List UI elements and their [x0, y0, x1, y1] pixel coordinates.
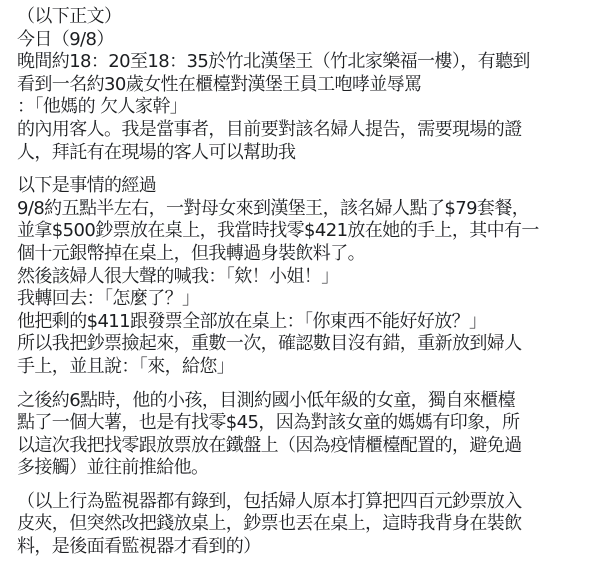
- text-line: 晚間約18：20至18：35於竹北漢堡王（竹北家樂福一樓），有聽到: [17, 51, 589, 74]
- text-line: （以下正文）: [17, 6, 589, 29]
- text-line: 點了一個大薯，也是有找零$45，因為對該女童的媽媽有印象，所: [17, 412, 589, 435]
- text-line: （以上行為監視器都有錄到，包括婦人原本打算把四百元鈔票放入: [17, 491, 589, 514]
- text-line: 多接觸）並往前推給他。: [17, 457, 589, 480]
- paragraph-intro: （以下正文） 今日（9/8） 晚間約18：20至18：35於竹北漢堡王（竹北家樂…: [17, 6, 589, 164]
- text-line: 所以我把鈔票撿起來，重數一次，確認數目沒有錯，重新放到婦人: [17, 333, 589, 356]
- text-line: 的內用客人。我是當事者，目前要對該名婦人提告，需要現場的證: [17, 119, 589, 142]
- text-line: 之後約6點時，他的小孩，目測約國小低年級的女童，獨自來櫃檯: [17, 390, 589, 413]
- text-line: 個十元銀幣掉在桌上，但我轉過身裝飲料了。: [17, 243, 589, 266]
- text-line: 他把剩的$411跟發票全部放在桌上：「你東西不能好好放？」: [17, 311, 589, 334]
- text-line: 皮夾，但突然改把錢放桌上，鈔票也丟在桌上，這時我背身在裝飲: [17, 513, 589, 536]
- text-line: 看到一名約30歲女性在櫃檯對漢堡王員工咆哮並辱罵: [17, 74, 589, 97]
- text-line: 料，是後面看監視器才看到的）: [17, 536, 589, 559]
- text-line: 以下是事情的經過: [17, 175, 589, 198]
- paragraph-cctv-note: （以上行為監視器都有錄到，包括婦人原本打算把四百元鈔票放入 皮夾，但突然改把錢放…: [17, 491, 589, 559]
- text-line: 然後該婦人很大聲的喊我：「欸！小姐！」: [17, 266, 589, 289]
- text-line: 人，拜託有在現場的客人可以幫助我: [17, 142, 589, 165]
- text-line: 手上，並且說：「來，給您」: [17, 356, 589, 379]
- text-line: 以這次我把找零跟放票放在鐵盤上（因為疫情櫃檯配置的，避免過: [17, 435, 589, 458]
- text-line: 我轉回去：「怎麼了？」: [17, 288, 589, 311]
- text-line: 並拿$500鈔票放在桌上，我當時找零$421放在她的手上，其中有一: [17, 220, 589, 243]
- text-line: 今日（9/8）: [17, 29, 589, 52]
- post-body: （以下正文） 今日（9/8） 晚間約18：20至18：35於竹北漢堡王（竹北家樂…: [17, 6, 589, 570]
- paragraph-events: 以下是事情的經過 9/8約五點半左右，一對母女來到漢堡王，該名婦人點了$79套餐…: [17, 175, 589, 378]
- text-line: ：「他媽的 欠人家幹」: [17, 96, 589, 119]
- paragraph-child: 之後約6點時，他的小孩，目測約國小低年級的女童，獨自來櫃檯 點了一個大薯，也是有…: [17, 390, 589, 480]
- text-line: 9/8約五點半左右，一對母女來到漢堡王，該名婦人點了$79套餐，: [17, 198, 589, 221]
